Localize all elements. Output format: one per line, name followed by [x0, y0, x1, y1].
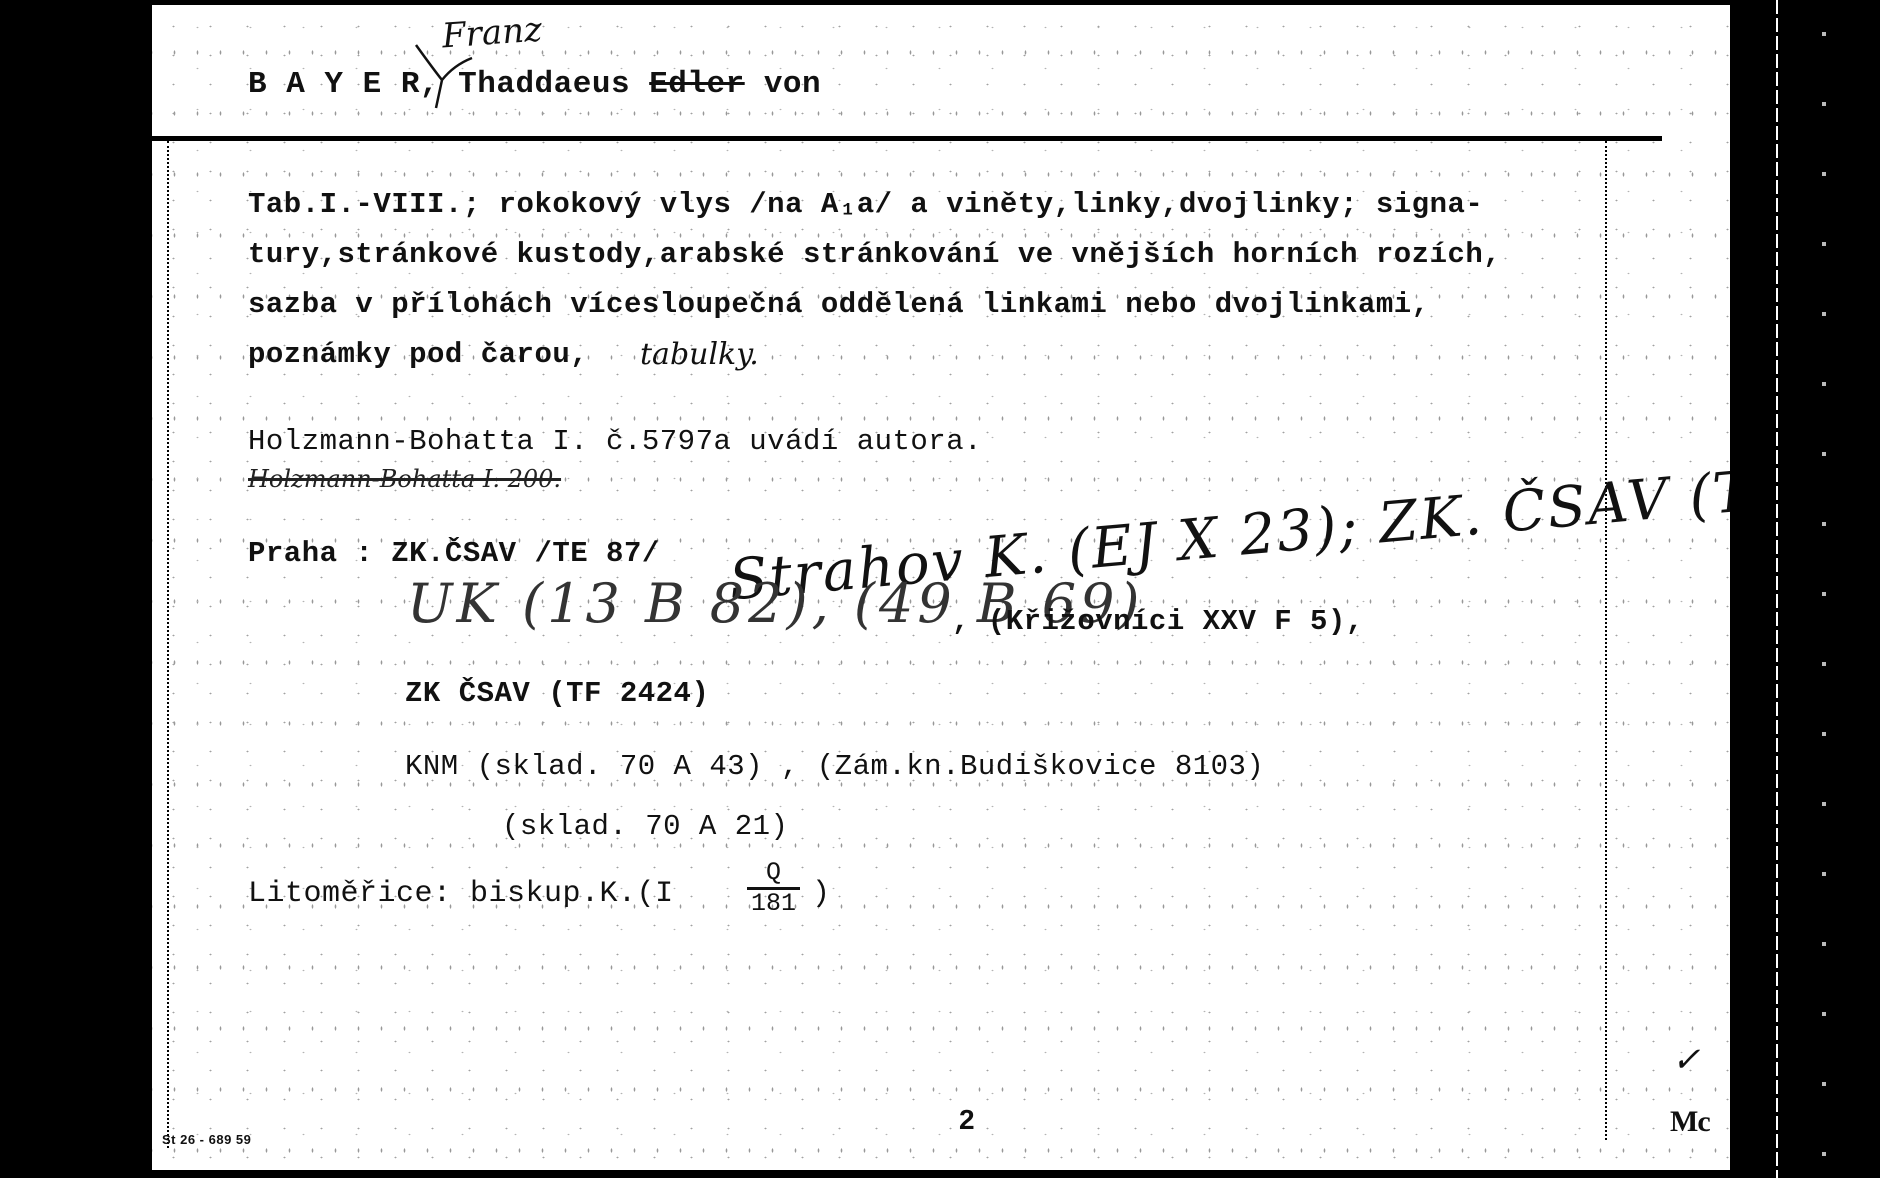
- fraction-denominator: 181: [747, 887, 800, 918]
- bibliographic-reference: Holzmann-Bohatta I. č.5797a uvádí autora…: [248, 425, 982, 458]
- fraction-close-paren: ): [812, 877, 831, 911]
- location-knm: KNM (sklad. 70 A 43) , (Zám.kn.Budiškovi…: [405, 750, 1264, 783]
- card-heading: B A Y E R, Thaddaeus Edler von: [248, 67, 821, 102]
- left-margin-rule: [167, 141, 169, 1148]
- struck-word: Edler: [649, 67, 745, 102]
- description-line-4: poznámky pod čarou,: [248, 338, 588, 371]
- struck-reference: Holzmann-Bohatta I. 200.: [248, 465, 561, 493]
- form-code: St 26 - 689 59: [162, 1132, 251, 1147]
- description-line-1: Tab.I.-VIII.; rokokový vlys /na A₁a/ a v…: [248, 188, 1483, 221]
- location-krizovnici: , (Křižovníci XXV F 5),: [952, 605, 1364, 638]
- catalog-card: Franz B A Y E R, Thaddaeus Edler von Tab…: [152, 5, 1730, 1170]
- card-page-number: 2: [959, 1104, 975, 1136]
- fraction-numerator: Q: [747, 859, 800, 887]
- shelfmark-fraction: Q 181: [747, 859, 800, 918]
- location-knm-second: (sklad. 70 A 21): [502, 810, 788, 843]
- location-zk-csav: ZK ČSAV (TF 2424): [405, 677, 709, 710]
- right-margin-rule: [1605, 141, 1607, 1140]
- checkmark-icon: ✓: [1672, 1040, 1701, 1080]
- film-edge-marks: [1822, 0, 1826, 1178]
- handwritten-addition: tabulky.: [640, 337, 759, 372]
- given-name: Thaddaeus: [458, 67, 630, 102]
- location-praha: Praha : ZK.ČSAV /TE 87/: [248, 537, 660, 570]
- description-line-3: sazba v přílohách vícesloupečná oddělená…: [248, 288, 1430, 321]
- location-litomerice: Litoměřice: biskup.K.(I: [248, 877, 674, 911]
- surname: B A Y E R,: [248, 67, 439, 102]
- name-particle: von: [764, 67, 821, 102]
- heading-rule: [152, 136, 1662, 141]
- film-edge-line: [1776, 0, 1778, 1178]
- description-line-2: tury,stránkové kustody,arabské stránková…: [248, 238, 1501, 271]
- cataloger-initials: Mc: [1670, 1105, 1710, 1139]
